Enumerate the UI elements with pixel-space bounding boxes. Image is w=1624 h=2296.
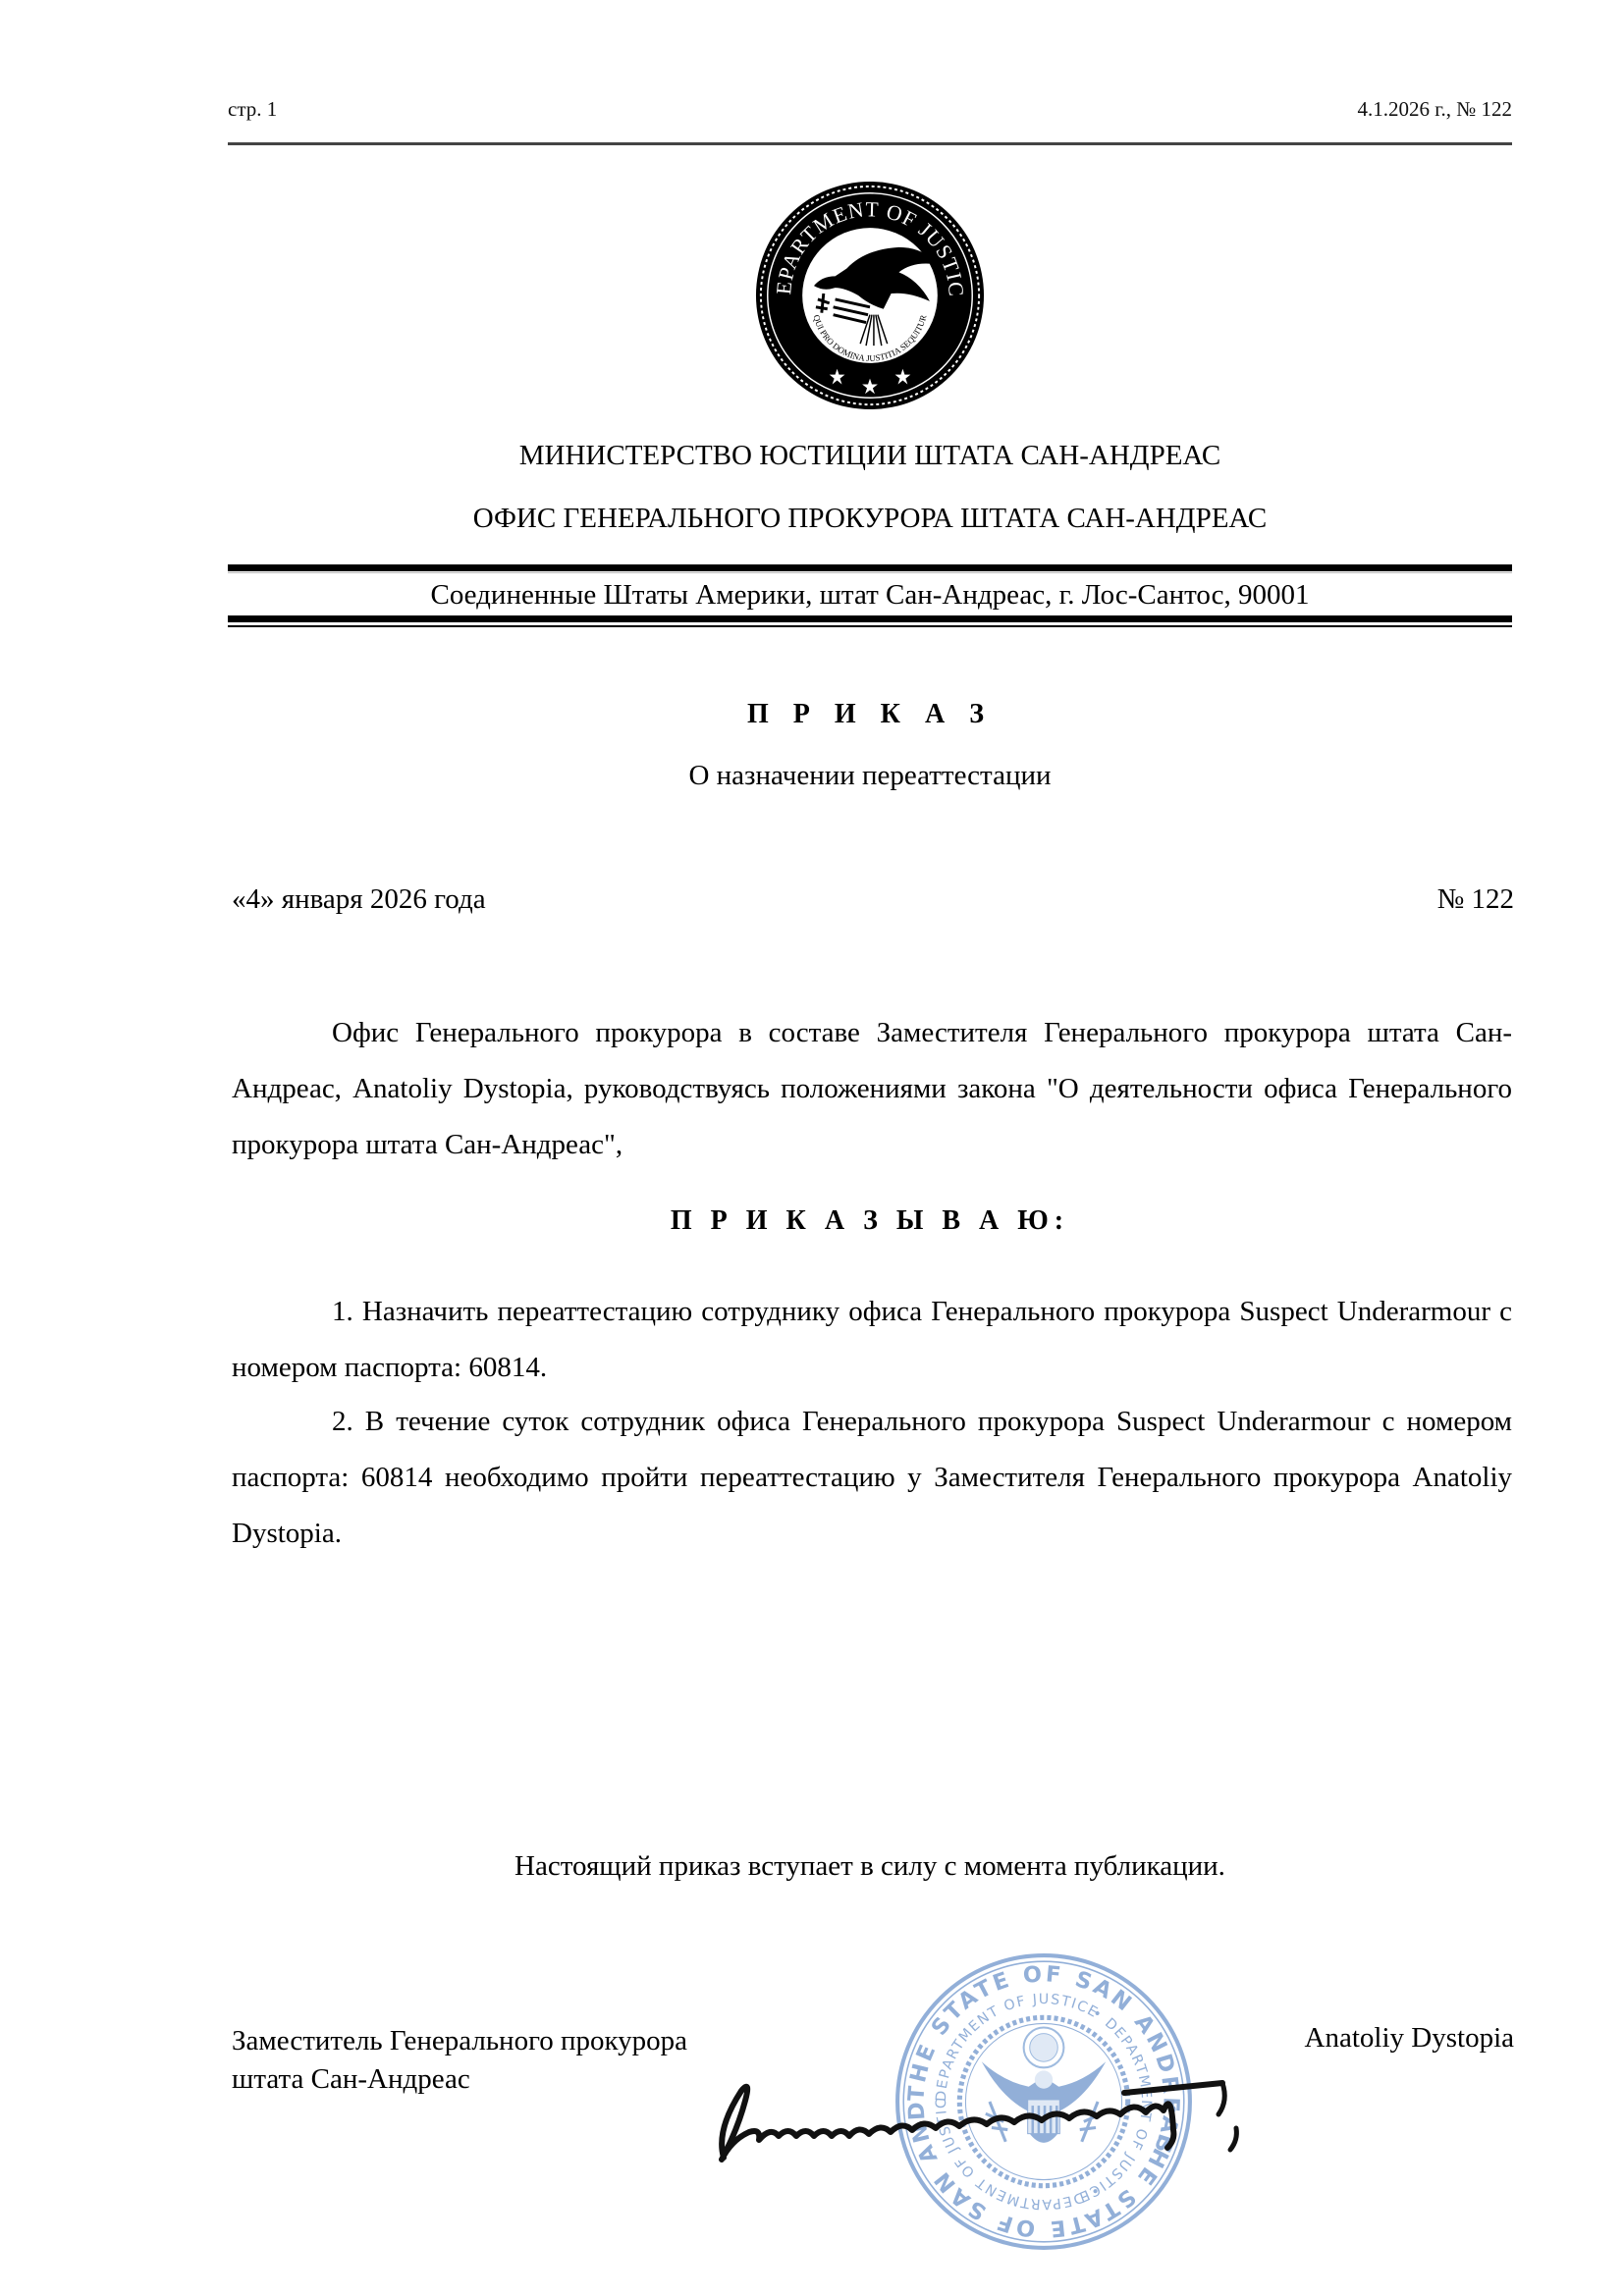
document-number: № 122 <box>1437 883 1514 916</box>
handwritten-signature-icon <box>702 2071 1247 2169</box>
letterhead-bottom-thin-rule <box>228 625 1512 627</box>
letterhead-bottom-rule <box>228 615 1512 622</box>
order-item-text: 2. В течение суток сотрудник офиса Генер… <box>232 1406 1512 1549</box>
document-date: «4» января 2026 года <box>232 883 486 916</box>
letterhead-top-rule <box>228 564 1512 571</box>
signatory-name: Anatoliy Dystopia <box>1305 2022 1514 2055</box>
order-item: 2. В течение суток сотрудник офиса Генер… <box>232 1394 1512 1562</box>
department-of-justice-seal-icon: DEPARTMENT OF JUSTICE QUI PRO DOMINA JUS… <box>754 180 986 411</box>
document-subject: О назначении переаттестации <box>228 760 1512 792</box>
letterhead-top-thin-rule <box>228 572 1512 573</box>
effective-clause: Настоящий приказ вступает в силу с момен… <box>228 1850 1512 1883</box>
office-address: Соединенные Штаты Америки, штат Сан-Андр… <box>228 579 1512 612</box>
order-item: 1. Назначить переаттестацию сотруднику о… <box>232 1284 1512 1396</box>
office-name: ОФИС ГЕНЕРАЛЬНОГО ПРОКУРОРА ШТАТА САН-АН… <box>228 503 1512 535</box>
header-date-number: 4.1.2026 г., № 122 <box>1357 97 1512 122</box>
signatory-role-line1: Заместитель Генерального прокурора <box>232 2022 687 2060</box>
document-type: П Р И К А З <box>228 699 1512 730</box>
order-item-text: 1. Назначить переаттестацию сотруднику о… <box>232 1296 1512 1383</box>
preamble-text: Офис Генерального прокурора в составе За… <box>232 1017 1512 1160</box>
signatory-role: Заместитель Генерального прокурора штата… <box>232 2022 687 2099</box>
order-heading: П Р И К А З Ы В А Ю: <box>228 1205 1512 1237</box>
signatory-role-line2: штата Сан-Андреас <box>232 2060 687 2099</box>
header-divider <box>228 142 1512 145</box>
ministry-name: МИНИСТЕРСТВО ЮСТИЦИИ ШТАТА САН-АНДРЕАС <box>228 440 1512 472</box>
preamble-paragraph: Офис Генерального прокурора в составе За… <box>232 1005 1512 1173</box>
page-number: стр. 1 <box>228 97 277 122</box>
